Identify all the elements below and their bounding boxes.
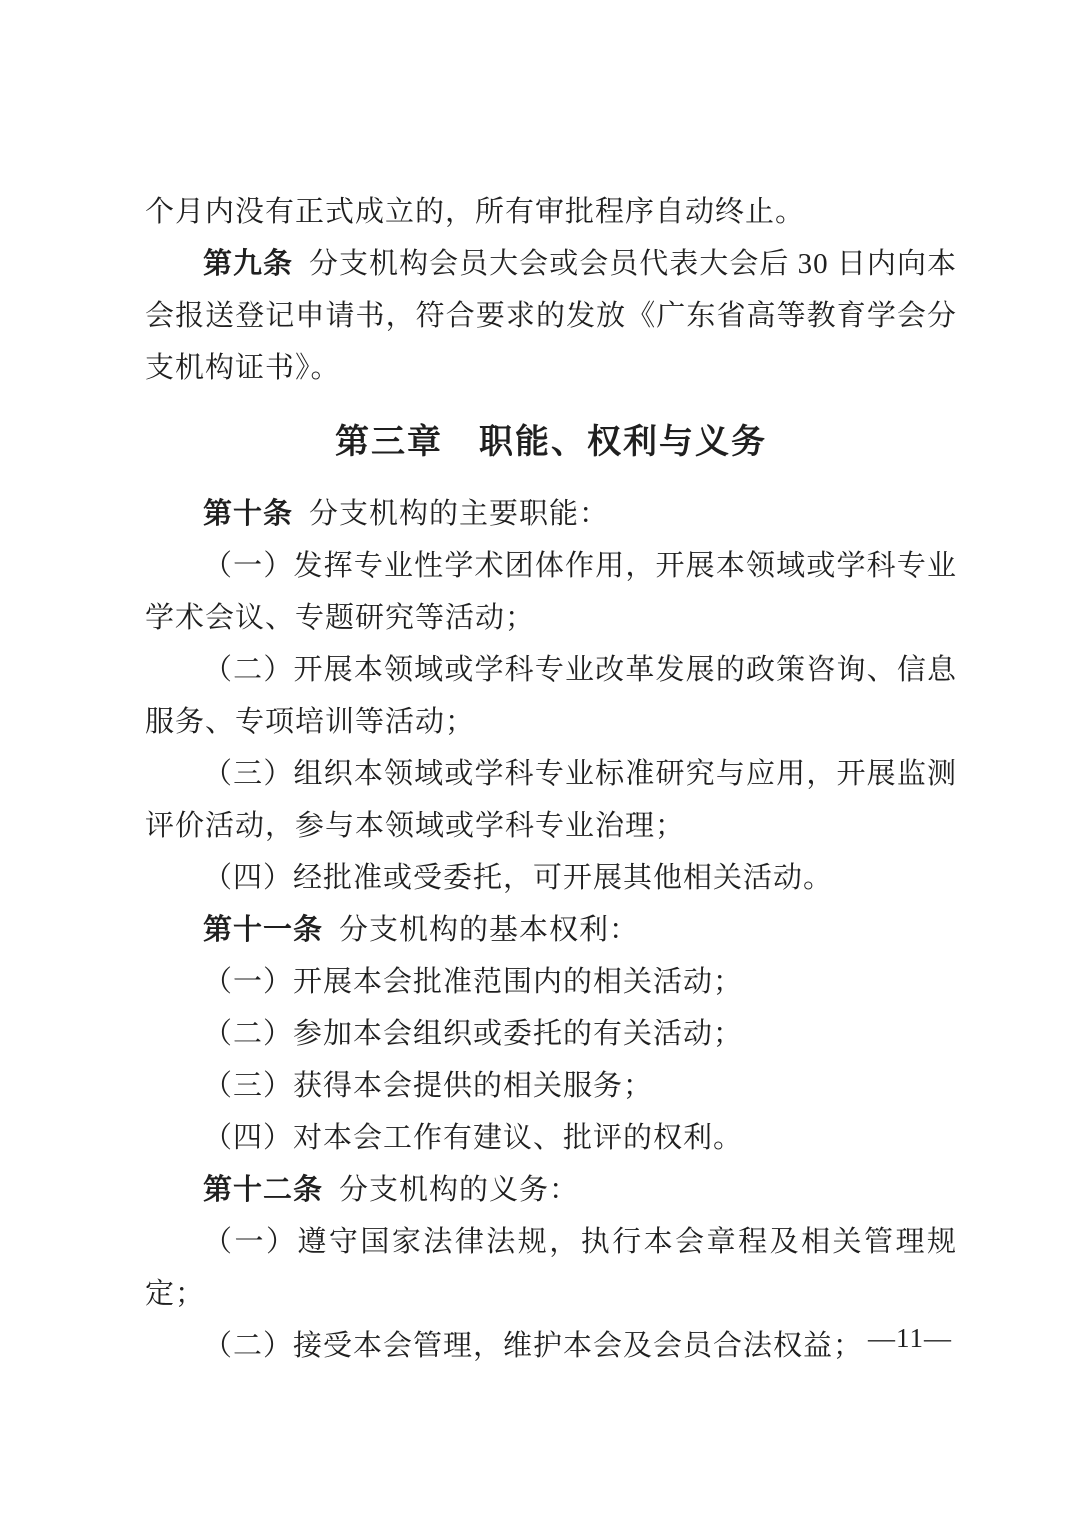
paragraph-text: （四）对本会工作有建议、批评的权利。 bbox=[203, 1122, 743, 1154]
paragraph-text: （三）组织本领域或学科专业标准研究与应用，开展监测评价活动，参与本领域或学科专业… bbox=[145, 758, 957, 842]
paragraph-text: （二）参加本会组织或委托的有关活动； bbox=[203, 1018, 743, 1050]
paragraph: 个月内没有正式成立的，所有审批程序自动终止。 bbox=[145, 186, 957, 238]
paragraph-text: 分支机构的主要职能： bbox=[309, 498, 609, 530]
paragraph-text: 分支机构的义务： bbox=[339, 1174, 579, 1206]
article-lead: 第十条 bbox=[203, 498, 293, 530]
paragraph-text: （三）获得本会提供的相关服务； bbox=[203, 1070, 653, 1102]
article-lead: 第九条 bbox=[203, 248, 293, 280]
document-page: 个月内没有正式成立的，所有审批程序自动终止。 第九条分支机构会员大会或会员代表大… bbox=[0, 0, 1080, 1528]
paragraph-article-9: 第九条分支机构会员大会或会员代表大会后 30 日内向本会报送登记申请书，符合要求… bbox=[145, 238, 957, 394]
paragraph-article-12: 第十二条分支机构的义务： bbox=[145, 1164, 957, 1216]
paragraph-article-11: 第十一条分支机构的基本权利： bbox=[145, 904, 957, 956]
paragraph-text: （一）遵守国家法律法规，执行本会章程及相关管理规定； bbox=[145, 1226, 957, 1310]
paragraph-item-2: （二）参加本会组织或委托的有关活动； bbox=[145, 1008, 957, 1060]
paragraph-text: （二）接受本会管理，维护本会及会员合法权益； bbox=[203, 1330, 863, 1362]
page-number: —11— bbox=[868, 1322, 952, 1354]
chapter-heading: 第三章 职能、权利与义务 bbox=[145, 414, 957, 472]
paragraph-item-2: （二）开展本领域或学科专业改革发展的政策咨询、信息服务、专项培训等活动； bbox=[145, 644, 957, 748]
paragraph-item-3: （三）获得本会提供的相关服务； bbox=[145, 1060, 957, 1112]
paragraph-text: （四）经批准或受委托，可开展其他相关活动。 bbox=[203, 862, 833, 894]
paragraph-text: （一）发挥专业性学术团体作用，开展本领域或学科专业学术会议、专题研究等活动； bbox=[145, 550, 957, 634]
paragraph-item-2: （二）接受本会管理，维护本会及会员合法权益； bbox=[145, 1320, 957, 1372]
paragraph-item-4: （四）经批准或受委托，可开展其他相关活动。 bbox=[145, 852, 957, 904]
paragraph-text: （一）开展本会批准范围内的相关活动； bbox=[203, 966, 743, 998]
paragraph-article-10: 第十条分支机构的主要职能： bbox=[145, 488, 957, 540]
page-body: 个月内没有正式成立的，所有审批程序自动终止。 第九条分支机构会员大会或会员代表大… bbox=[145, 186, 957, 1372]
paragraph-item-1: （一）发挥专业性学术团体作用，开展本领域或学科专业学术会议、专题研究等活动； bbox=[145, 540, 957, 644]
article-lead: 第十一条 bbox=[203, 914, 323, 946]
paragraph-text: 个月内没有正式成立的，所有审批程序自动终止。 bbox=[145, 196, 805, 228]
paragraph-item-1: （一）遵守国家法律法规，执行本会章程及相关管理规定； bbox=[145, 1216, 957, 1320]
paragraph-text: 分支机构的基本权利： bbox=[339, 914, 639, 946]
article-lead: 第十二条 bbox=[203, 1174, 323, 1206]
paragraph-item-1: （一）开展本会批准范围内的相关活动； bbox=[145, 956, 957, 1008]
paragraph-item-3: （三）组织本领域或学科专业标准研究与应用，开展监测评价活动，参与本领域或学科专业… bbox=[145, 748, 957, 852]
paragraph-item-4: （四）对本会工作有建议、批评的权利。 bbox=[145, 1112, 957, 1164]
paragraph-text: （二）开展本领域或学科专业改革发展的政策咨询、信息服务、专项培训等活动； bbox=[145, 654, 957, 738]
